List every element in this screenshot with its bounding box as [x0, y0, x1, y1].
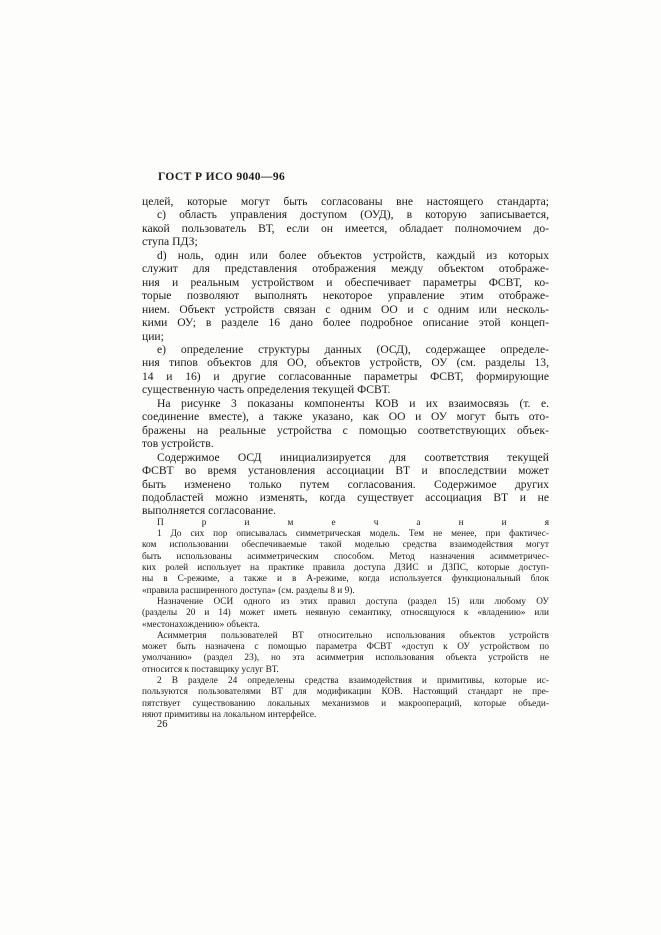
paragraph: 2 В разделе 24 определены средства взаим… [142, 676, 549, 721]
text-line: «местонахождению» объекта. [142, 620, 549, 631]
text-line: с) область управления доступом (ОУД), в … [142, 208, 549, 221]
text-line: соединение вместе), а также указано, как… [142, 410, 549, 423]
text-line: выполняется согласование. [142, 504, 549, 517]
notes-paragraphs: 1 До сих пор описывалась симметрическая … [142, 529, 549, 721]
paragraph: Асимметрия пользователей ВТ относительно… [142, 631, 549, 676]
text-line: d) ноль, один или более объектов устройс… [142, 249, 549, 262]
text-line: бражены на реальные устройства с помощью… [142, 424, 549, 437]
text-line: Асимметрия пользователей ВТ относительно… [142, 631, 549, 642]
text-line: На рисунке 3 показаны компоненты КОВ и и… [142, 397, 549, 410]
text-line: 14 и 16) и другие согласованные параметр… [142, 370, 549, 383]
text-line: кими ОУ; в разделе 16 дано более подробн… [142, 316, 549, 329]
text-line: ния типов объектов для ОО, объектов устр… [142, 356, 549, 369]
text-line: (разделы 20 и 14) может иметь неявную се… [142, 608, 549, 619]
text-line: существенную часть определения текущей Ф… [142, 383, 549, 396]
paragraph: На рисунке 3 показаны компоненты КОВ и и… [142, 397, 549, 451]
running-header: ГОСТ Р ИСО 9040—96 [158, 171, 285, 183]
paragraph: Назначение ОСИ одного из этих правил дос… [142, 597, 549, 631]
text-line: умолчанию» (раздел 23), но эта асимметри… [142, 653, 549, 664]
paragraph: 1 До сих пор описывалась симметрическая … [142, 529, 549, 597]
text-line: ких ролей использует на практике правила… [142, 563, 549, 574]
paragraph: с) область управления доступом (ОУД), в … [142, 208, 549, 248]
text-line: ком использовании обеспечиваемые такой м… [142, 540, 549, 551]
body-text-section: целей, которые могут быть согласованы вн… [142, 195, 549, 518]
text-line: тов устройств. [142, 437, 549, 450]
text-line: быть использованы асимметрическим способ… [142, 552, 549, 563]
paragraph: е) определение структуры данных (ОСД), с… [142, 343, 549, 397]
text-line: может быть назначена с помощью параметра… [142, 642, 549, 653]
text-line: торые позволяют выполнять некоторое упра… [142, 289, 549, 302]
notes-section: П р и м е ч а н и я 1 До сих пор описыва… [142, 518, 549, 721]
text-line: 2 В разделе 24 определены средства взаим… [142, 676, 549, 687]
text-line: Назначение ОСИ одного из этих правил дос… [142, 597, 549, 608]
text-line: е) определение структуры данных (ОСД), с… [142, 343, 549, 356]
text-line: ФСВТ во время установления ассоциации ВТ… [142, 464, 549, 477]
text-line: ны в С-режиме, а также и в А-режиме, ког… [142, 574, 549, 585]
notes-heading: П р и м е ч а н и я [142, 518, 549, 529]
text-line: быть изменено только путем согласования.… [142, 478, 549, 491]
text-line: целей, которые могут быть согласованы вн… [142, 195, 549, 208]
text-line: ния и реальным устройством и обеспечивае… [142, 276, 549, 289]
paragraph: целей, которые могут быть согласованы вн… [142, 195, 549, 208]
text-column: целей, которые могут быть согласованы вн… [142, 195, 549, 721]
text-line: относится к поставщику услуг ВТ. [142, 665, 549, 676]
text-line: «правила расширенного доступа» (см. разд… [142, 586, 549, 597]
page-number: 26 [157, 719, 168, 730]
text-line: служит для представления отображения меж… [142, 262, 549, 275]
paragraph: d) ноль, один или более объектов устройс… [142, 249, 549, 343]
text-line: ступа ПДЗ; [142, 235, 549, 248]
text-line: пользуются пользователями ВТ для модифик… [142, 687, 549, 698]
text-line: 1 До сих пор описывалась симметрическая … [142, 529, 549, 540]
paragraph: Содержимое ОСД инициализируется для соот… [142, 451, 549, 518]
text-line: Содержимое ОСД инициализируется для соот… [142, 451, 549, 464]
text-line: нием. Объект устройств связан с одним ОО… [142, 303, 549, 316]
text-line: няют примитивы на локальном интерфейсе. [142, 710, 549, 721]
text-line: подобластей можно изменять, когда сущест… [142, 491, 549, 504]
text-line: ции; [142, 330, 549, 343]
text-line: какой пользователь ВТ, если он имеется, … [142, 222, 549, 235]
text-line: пятствует существованию локальных механи… [142, 699, 549, 710]
document-page: ГОСТ Р ИСО 9040—96 целей, которые могут … [0, 0, 661, 935]
